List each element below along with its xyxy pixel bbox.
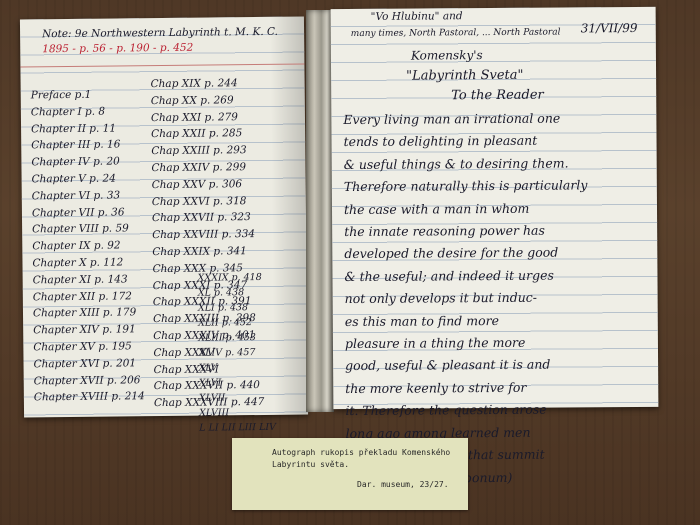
text-line: Every living man an irrational one (343, 107, 587, 131)
toc-entry: XLI p. 438 (198, 300, 275, 316)
toc-entry: L LI LII LIII LIV (199, 420, 276, 436)
text-line: the innate reasoning power has (344, 219, 588, 243)
toc-entry: Chapter XII p. 172 (33, 288, 144, 306)
toc-entry: XLVIII (199, 405, 276, 421)
title: "Labyrinth Sveta" (406, 68, 524, 84)
left-page-header: Note: 9e Northwestern Labyrinth t. M. K.… (42, 25, 278, 57)
toc-entry: Chapter IV p. 20 (31, 153, 142, 171)
toc-entry: XLIV p. 457 (198, 345, 275, 361)
toc-entry: Chap XXVI p. 318 (152, 193, 263, 211)
text-line: developed the desire for the good (344, 242, 588, 266)
toc-entry: Chapter V p. 24 (32, 170, 143, 188)
text-line: good, useful & pleasant it is and (345, 354, 589, 378)
top-note-1: "Vo Hlubinu" and (371, 10, 463, 23)
toc-entry: Chap XXIV p. 299 (151, 159, 262, 177)
toc-entry: Chapter XVII p. 206 (34, 372, 145, 390)
header-line-2: 1895 - p. 56 - p. 190 - p. 452 (42, 40, 278, 57)
toc-entry: Chap XX p. 269 (151, 92, 262, 110)
text-line: tends to delighting in pleasant (343, 130, 587, 154)
toc-entry: Chap XXI p. 279 (151, 109, 262, 127)
left-page: Note: 9e Northwestern Labyrinth t. M. K.… (20, 17, 308, 418)
notebook-spine (306, 10, 334, 412)
text-line: the case with a man in whom (344, 197, 588, 221)
toc-entry: Chap XXVII p. 323 (152, 209, 263, 227)
toc-entry: Chap XXIX p. 341 (152, 243, 263, 261)
toc-entry: Chapter XI p. 143 (33, 271, 144, 289)
toc-entry: XXXIX p. 418 (198, 270, 275, 286)
right-page: "Vo Hlubinu" and many times, North Pasto… (331, 7, 659, 409)
toc-entry: Chapter XIII p. 179 (33, 305, 144, 323)
margin-line (20, 64, 304, 68)
text-line: & the useful; and indeed it urges (344, 264, 588, 288)
toc-entry: XLIII p. 453 (198, 330, 275, 346)
text-line: not only develops it but induc- (345, 287, 589, 311)
toc-entry: XLVII (199, 390, 276, 406)
text-line: the more keenly to strive for (345, 376, 589, 400)
text-line: es this man to find more (345, 309, 589, 333)
toc-entry: Chapter XIV p. 191 (33, 321, 144, 339)
preface-entry: Preface p.1 (31, 86, 142, 104)
toc-entry: XLVI (199, 375, 276, 391)
toc-entry: XLV (199, 360, 276, 376)
header-line-1: Note: 9e Northwestern Labyrinth t. M. K.… (42, 25, 278, 42)
toc-entry: Chapter IX p. 92 (32, 237, 143, 255)
label-line-3: Dar. museum, 23/27. (357, 480, 449, 489)
toc-entry: Chapter III p. 16 (31, 137, 142, 155)
toc-column-3: XXXIX p. 418XL p. 438XLI p. 438XLII p. 4… (198, 270, 276, 436)
catalogue-label: Autograph rukopis překladu Komenského La… (232, 438, 468, 510)
toc-entry: Chapter VIII p. 59 (32, 221, 143, 239)
toc-entry: Chap XXV p. 306 (152, 176, 263, 194)
toc-entry: Chapter X p. 112 (32, 254, 143, 272)
toc-column-1: Preface p.1 Chapter I p. 8Chapter II p. … (31, 86, 145, 406)
toc-entry: XL p. 438 (198, 285, 275, 301)
toc-entry: Chapter VI p. 33 (32, 187, 143, 205)
toc-entry: Chap XIX p. 244 (151, 75, 262, 93)
notebook: Note: 9e Northwestern Labyrinth t. M. K.… (22, 8, 670, 418)
date: 31/VII/99 (581, 21, 638, 35)
author: Komensky's (411, 48, 483, 63)
toc-entry: Chap XXIII p. 293 (151, 142, 262, 160)
text-line: it. Therefore the question arose (345, 399, 589, 423)
text-line: Therefore naturally this is particularly (344, 175, 588, 199)
top-note-2: many times, North Pastoral, ... North Pa… (351, 28, 561, 39)
toc-entry: XLII p. 452 (198, 315, 275, 331)
toc-entry: Chapter II p. 11 (31, 120, 142, 138)
text-line: pleasure in a thing the more (345, 331, 589, 355)
toc-entry: Chapter VII p. 36 (32, 204, 143, 222)
toc-entry: Chap XXVIII p. 334 (152, 226, 263, 244)
toc-entry: Chap XXII p. 285 (151, 125, 262, 143)
toc-entry: Chapter XV p. 195 (33, 338, 144, 356)
label-line-1: Autograph rukopis překladu Komenského (272, 448, 450, 457)
toc-entry: Chapter I p. 8 (31, 103, 142, 121)
label-line-2: Labyrintu světa. (272, 460, 349, 469)
toc-entry: Chapter XVIII p. 214 (34, 389, 145, 407)
subtitle: To the Reader (451, 88, 544, 104)
text-line: & useful things & to desiring them. (344, 152, 588, 176)
body-text: Every living man an irrational onetends … (343, 107, 589, 490)
toc-entry: Chapter XVI p. 201 (33, 355, 144, 373)
